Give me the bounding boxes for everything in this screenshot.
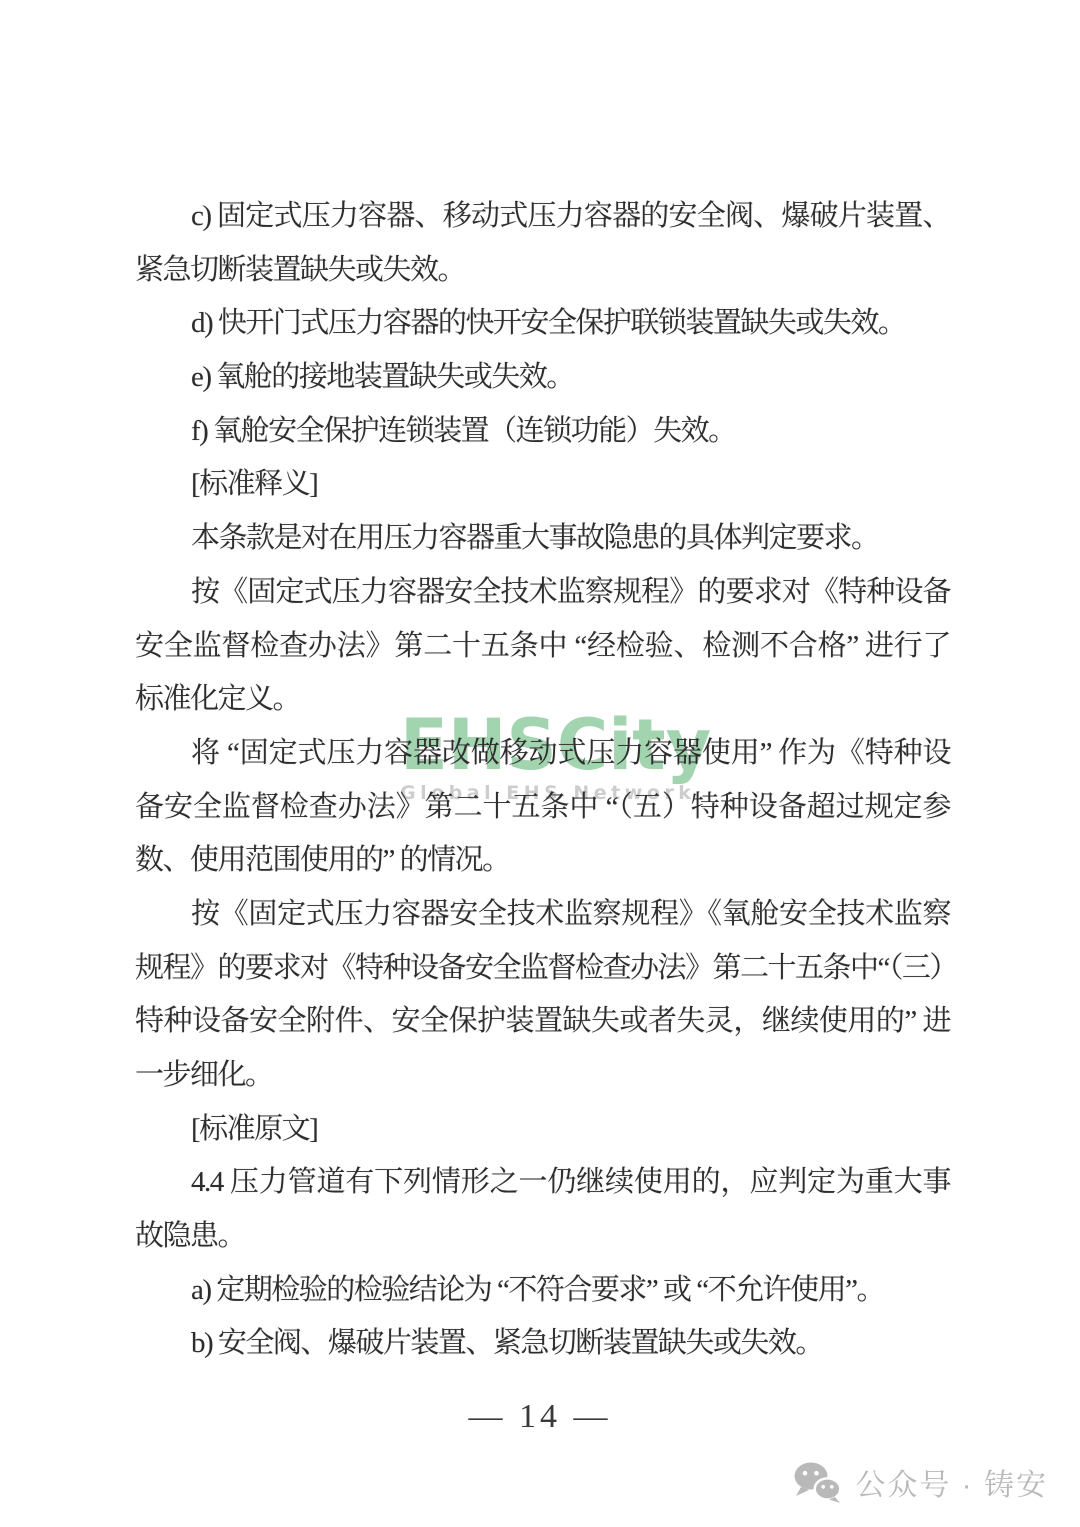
text-line: 备安全监督检查办法》第二十五条中 “（五）特种设备超过规定参	[135, 781, 950, 835]
text-line: 一步细化。	[135, 1049, 950, 1103]
text-line: 规程》的要求对《特种设备安全监督检查办法》第二十五条中“（三）	[135, 942, 950, 996]
text-line: 标准化定义。	[135, 673, 950, 727]
text-line: 将 “固定式压力容器改做移动式压力容器使用” 作为《特种设	[135, 727, 950, 781]
text-line: e) 氧舱的接地装置缺失或失效。	[135, 351, 950, 405]
text-line: 按《固定式压力容器安全技术监察规程》《氧舱安全技术监察	[135, 888, 950, 942]
text-line: f) 氧舱安全保护连锁装置（连锁功能）失效。	[135, 405, 950, 459]
text-line: 本条款是对在用压力容器重大事故隐患的具体判定要求。	[135, 512, 950, 566]
page-number: — 14 —	[0, 1398, 1080, 1436]
text-line: [标准原文]	[135, 1103, 950, 1157]
wechat-footer: 公众号 · 铸安	[793, 1460, 1048, 1504]
document-page: EHSCity Global EHS Network c) 固定式压力容器、移动…	[0, 0, 1080, 1527]
text-line: 按《固定式压力容器安全技术监察规程》的要求对《特种设备	[135, 566, 950, 620]
text-line: 故隐患。	[135, 1210, 950, 1264]
text-line: 安全监督检查办法》第二十五条中 “经检验、检测不合格” 进行了	[135, 620, 950, 674]
text-line: 特种设备安全附件、安全保护装置缺失或者失灵，继续使用的” 进	[135, 995, 950, 1049]
text-line: 数、使用范围使用的” 的情况。	[135, 834, 950, 888]
text-line: a) 定期检验的检验结论为 “不符合要求” 或 “不允许使用”。	[135, 1264, 950, 1318]
wechat-icon	[793, 1461, 843, 1503]
text-line: 紧急切断装置缺失或失效。	[135, 244, 950, 298]
document-body: c) 固定式压力容器、移动式压力容器的安全阀、爆破片装置、紧急切断装置缺失或失效…	[135, 190, 950, 1371]
text-line: [标准释义]	[135, 458, 950, 512]
text-line: c) 固定式压力容器、移动式压力容器的安全阀、爆破片装置、	[135, 190, 950, 244]
text-line: d) 快开门式压力容器的快开安全保护联锁装置缺失或失效。	[135, 297, 950, 351]
text-line: 4.4 压力管道有下列情形之一仍继续使用的，应判定为重大事	[135, 1156, 950, 1210]
text-line: b) 安全阀、爆破片装置、紧急切断装置缺失或失效。	[135, 1317, 950, 1371]
wechat-account-label: 公众号 · 铸安	[855, 1460, 1048, 1504]
